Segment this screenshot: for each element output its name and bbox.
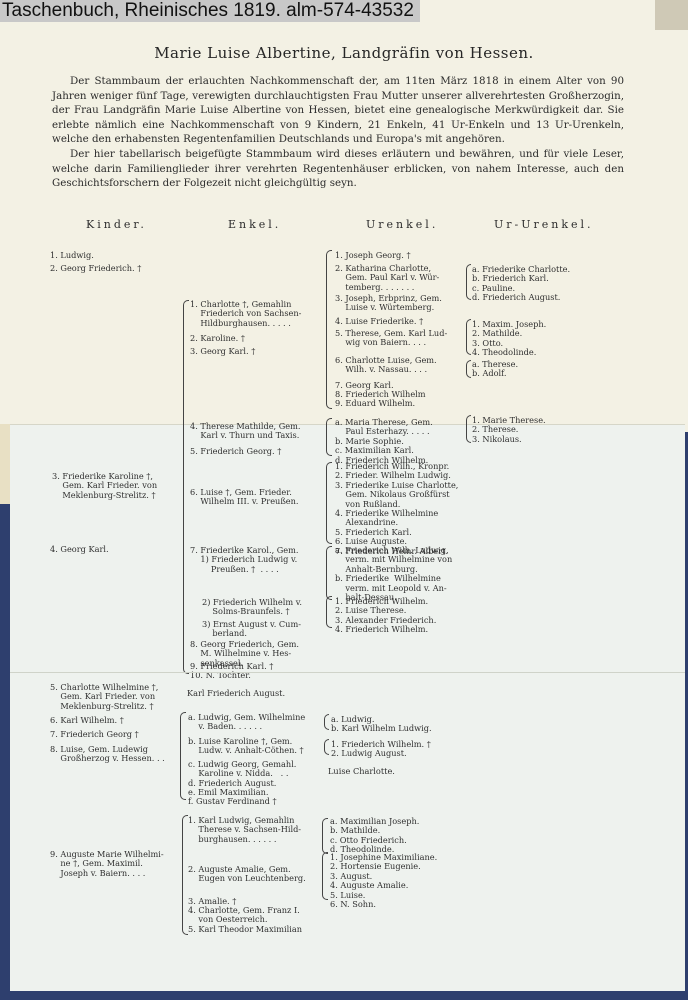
column-header-urenkel: Urenkel.	[366, 218, 438, 231]
great-grandchildren-baden: a. Ludwig. b. Karl Wilhelm Ludwig.	[331, 715, 432, 734]
great-grandchildren-thurn-taxis: a. Maria Therese, Gem. Paul Esterhazy. .…	[335, 418, 433, 465]
great-grandchild-6: 6. Charlotte Luise, Gem. Wilh. v. Nassau…	[335, 356, 437, 375]
grandchild-3-2: 2. Karoline. †	[190, 334, 245, 343]
brace-urenkel-sachsen	[326, 250, 332, 409]
grandchild-8-b: b. Luise Karoline †, Gem. Ludw. v. Anhal…	[188, 737, 304, 756]
grandchild-3-7-third-marriage: 3) Ernst August v. Cum- berland.	[202, 620, 301, 639]
great-great-grandchildren-esterhazy: 1. Marie Therese. 2. Therese. 3. Nikolau…	[472, 416, 546, 444]
column-header-enkel: Enkel.	[228, 218, 281, 231]
brace-ururenkel-nassau	[466, 360, 471, 378]
great-grandchild-1: 1. Joseph Georg. †	[335, 251, 411, 260]
child-7: 7. Friederich Georg †	[50, 730, 139, 739]
grandchild-8-f: f. Gustav Ferdinand †	[188, 797, 277, 806]
brace-ururenkel-baiern	[466, 319, 471, 355]
brace-urenkel-hild	[322, 818, 328, 854]
great-grandchildren-solms: 1. Friederich Wilhelm. 2. Luise Therese.…	[335, 597, 436, 635]
grandchild-8-a: a. Ludwig, Gem. Wilhelmine v. Baden. . .…	[188, 713, 305, 732]
child-8: 8. Luise, Gem. Ludewig Großherzog v. Hes…	[50, 745, 165, 764]
brace-ururenkel-esterhazy	[466, 415, 471, 443]
column-header-ururenkel: Ur-Urenkel.	[494, 218, 594, 231]
great-grandchildren-preussen-ludwig: a. Friederich Wilh. Ludwig, verm. mit Wi…	[335, 546, 452, 602]
brace-urenkel-anhalt	[324, 739, 329, 755]
intro-paragraph-1: Der Stammbaum der erlauchten Nachkommens…	[52, 74, 624, 147]
brace-urenkel-preussen	[326, 462, 332, 544]
page-corner-shadow	[655, 0, 688, 30]
child-9: 9. Auguste Marie Wilhelmi- ne †, Gem. Ma…	[50, 850, 164, 878]
page-edge	[0, 424, 10, 504]
section-divider	[10, 672, 685, 673]
great-grandchildren-leuchtenberg: 1. Josephine Maximiliane. 2. Hortensie E…	[330, 853, 437, 909]
child-4: 4. Georg Karl.	[50, 545, 109, 554]
grandchild-9-5: 5. Karl Theodor Maximilian	[188, 925, 302, 934]
child-1: 1. Ludwig.	[50, 251, 94, 260]
great-grandchildren-anhalt: 1. Friederich Wilhelm. † 2. Ludwig Augus…	[331, 740, 431, 759]
brace-enkel-8	[180, 712, 186, 800]
grandchild-9-4: 4. Charlotte, Gem. Franz I. von Oesterre…	[188, 906, 300, 925]
page-title: Marie Luise Albertine, Landgräfin von He…	[0, 44, 688, 62]
great-grandchildren-hildburghausen: a. Maximilian Joseph. b. Mathilde. c. Ot…	[330, 817, 419, 855]
brace-enkel-3	[183, 300, 189, 674]
child-3: 3. Friederike Karoline †, Gem. Karl Frie…	[52, 472, 157, 500]
great-grandchildren-nidda: Luise Charlotte.	[328, 767, 395, 776]
grandchild-8-c: c. Ludwig Georg, Gemahl. Karoline v. Nid…	[188, 760, 296, 779]
intro-paragraph-2: Der hier tabellarisch beigefügte Stammba…	[52, 147, 624, 191]
great-grandchild-2: 2. Katharina Charlotte, Gem. Paul Karl v…	[335, 264, 439, 292]
great-grandchild-3: 3. Joseph, Erbprinz, Gem. Luise v. Würte…	[335, 294, 442, 313]
great-grandchild-5: 5. Therese, Gem. Karl Lud- wig von Baier…	[335, 329, 447, 348]
brace-urenkel-solms	[326, 596, 332, 628]
great-great-grandchildren-nassau: a. Therese. b. Adolf.	[472, 360, 518, 379]
great-grandchild-4: 4. Luise Friederike. †	[335, 317, 423, 326]
grandchild-3-1: 1. Charlotte †, Gemahlin Friederich von …	[190, 300, 301, 328]
grandchild-9-1: 1. Karl Ludwig, Gemahlin Therese v. Sach…	[188, 816, 301, 844]
brace-ururenkel-wurtemberg	[466, 264, 471, 300]
grandchild-9-2: 2. Auguste Amalie, Gem. Eugen von Leucht…	[188, 865, 306, 884]
grandchild-3-4: 4. Therese Mathilde, Gem. Karl v. Thurn …	[190, 422, 301, 441]
brace-urenkel-leuchtenberg	[322, 852, 328, 900]
grandchild-3-3: 3. Georg Karl. †	[190, 347, 255, 356]
brace-urenkel-thurn	[326, 418, 332, 456]
child-5: 5. Charlotte Wilhelmine †, Gem. Karl Fri…	[50, 683, 158, 711]
great-great-grandchildren-wurtemberg: a. Friederike Charlotte. b. Friederich K…	[472, 265, 570, 303]
grandchild-5-1: Karl Friederich August.	[187, 689, 285, 698]
child-2: 2. Georg Friederich. †	[50, 264, 141, 273]
intro-text: Der Stammbaum der erlauchten Nachkommens…	[52, 74, 624, 191]
brace-urenkel-baden	[324, 714, 329, 730]
brace-urenkel-preussen-2	[326, 546, 332, 600]
grandchild-3-7: 7. Friederike Karol., Gem. 1) Friederich…	[190, 546, 299, 574]
grandchild-3-7-second-marriage: 2) Friederich Wilhelm v. Solms-Braunfels…	[202, 598, 302, 617]
grandchild-3-6: 6. Luise †, Gem. Frieder. Wilhelm III. v…	[190, 488, 299, 507]
great-grandchild-9: 9. Eduard Wilhelm.	[335, 399, 415, 408]
image-caption: Taschenbuch, Rheinisches 1819. alm-574-4…	[0, 0, 420, 22]
column-header-kinder: Kinder.	[86, 218, 147, 231]
child-6: 6. Karl Wilhelm. †	[50, 716, 124, 725]
grandchild-3-5: 5. Friederich Georg. †	[190, 447, 281, 456]
great-great-grandchildren-baiern: 1. Maxim. Joseph. 2. Mathilde. 3. Otto. …	[472, 320, 546, 358]
great-grandchildren-preussen: 1. Friederich Wilh., Kronpr. 2. Frieder.…	[335, 462, 458, 556]
